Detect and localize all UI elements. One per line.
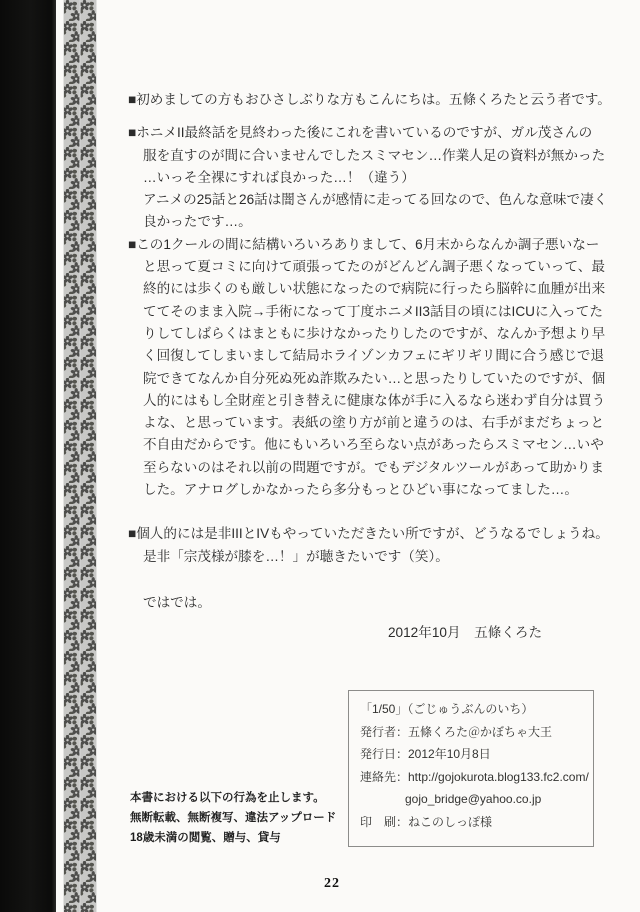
text-line: く回復してしまいまして結局ホライゾンカフェにギリギリ間に合う感じで退 [128, 345, 598, 367]
disclaimer-block: 本書における以下の行為を止します。 無断転載、無断複写、違法アップロード 18歳… [130, 788, 336, 848]
text-line: ■この1クールの間に結構いろいろありまして、6月末からなんか調子悪いなー [128, 234, 598, 256]
text-line: ててそのまま入院→手術になって丁度ホニメII3話目の頃にはICUに入ってた [128, 301, 598, 323]
text-line: ■ホニメII最終話を見終わった後にこれを書いているのですが、ガル茂さんの [128, 122, 598, 144]
text-line: した。アナログしかなかったら多分もっとひどい事になってました…。 [128, 479, 598, 501]
text-line: ■個人的には是非IIIとIVもやっていただきたい所ですが、どうなるでしょうね。 [128, 523, 598, 545]
colophon-date: 発行日：2012年10月8日 [360, 743, 593, 766]
page-number: 22 [324, 876, 340, 892]
colophon-contact-url: 連絡先：http://gojokurota.blog133.fc2.com/ [360, 766, 593, 789]
afterword-text-block: ■初めましての方もおひさしぶりな方もこんにちは。五條くろたと云う者です。 ■ホニ… [128, 89, 598, 645]
text-line: …いっそ全裸にすれば良かった…！（違う） [128, 167, 598, 189]
colophon-publisher: 発行者：五條くろた＠かぼちゃ大王 [360, 721, 593, 744]
text-line: と思って夏コミに向けて頑張ってたのがどんどん調子悪くなっていって、最 [128, 256, 598, 278]
text-line: 至らないのはそれ以前の問題ですが。でもデジタルツールがあって助かりま [128, 457, 598, 479]
left-black-band [0, 0, 56, 912]
text-line: 不自由だからです。他にもいろいろ至らない点があったらスミマセン…いや [128, 434, 598, 456]
colophon-printer: 印 刷：ねこのしっぽ様 [360, 811, 593, 834]
damask-border-pattern [63, 0, 97, 912]
text-line: りしてしばらくはまともに歩けなかったりしたのですが、なんか予想より早 [128, 323, 598, 345]
date-signature: 2012年10月 五條くろた [128, 622, 598, 644]
closing-line: ではでは。 [128, 592, 598, 614]
colophon-title: 「1/50」（ごじゅうぶんのいち） [360, 698, 593, 721]
scanned-doujinshi-page: ■初めましての方もおひさしぶりな方もこんにちは。五條くろたと云う者です。 ■ホニ… [0, 0, 640, 912]
text-line: よな、と思っています。表紙の塗り方が前と違うのは、右手がまだちょっと [128, 412, 598, 434]
text-line: 良かったです…。 [128, 211, 598, 233]
disclaimer-line: 無断転載、無断複写、違法アップロード [130, 808, 336, 828]
text-line: ■初めましての方もおひさしぶりな方もこんにちは。五條くろたと云う者です。 [128, 89, 598, 111]
disclaimer-line: 本書における以下の行為を止します。 [130, 788, 336, 808]
colophon-box: 「1/50」（ごじゅうぶんのいち） 発行者：五條くろた＠かぼちゃ大王 発行日：2… [348, 690, 594, 847]
text-line: アニメの25話と26話は闇さんが感情に走ってる回なので、色んな意味で凄く [128, 189, 598, 211]
text-line: 終的には歩くのも厳しい状態になったので病院に行ったら脳幹に血腫が出来 [128, 278, 598, 300]
colophon-email: gojo_bridge@yahoo.co.jp [360, 788, 593, 811]
text-line: 服を直すのが間に合いませんでしたスミマセン…作業人足の資料が無かった [128, 145, 598, 167]
disclaimer-line: 18歳未満の閲覧、贈与、貸与 [130, 828, 336, 848]
text-line: 是非「宗茂様が膝を…！」が聴きたいです（笑）。 [128, 546, 598, 568]
text-line: 人的にはもし全財産と引き替えに健康な体が手に入るなら迷わず自分は買う [128, 390, 598, 412]
text-line: 院できてなんか自分死ぬ死ぬ詐欺みたい…と思ったりしていたのですが、個 [128, 368, 598, 390]
damask-pattern-svg [63, 0, 97, 912]
